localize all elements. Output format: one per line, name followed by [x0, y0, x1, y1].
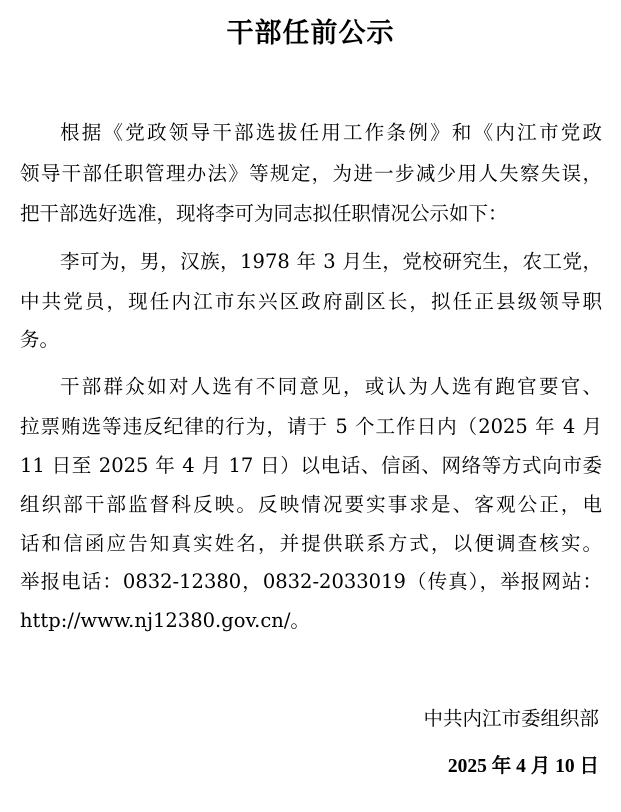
paragraph-line: 中共党员，现任内江市东兴区政府副区长，拟任正县级领导职: [20, 289, 602, 315]
paragraph-line: 李可为，男，汉族，1978 年 3 月生，党校研究生，农工党，: [60, 249, 602, 275]
paragraph-line: 拉票贿选等违反纪律的行为，请于 5 个工作日内（2025 年 4 月: [20, 414, 602, 440]
paragraph-line: 把干部选好选准，现将李可为同志拟任职情况公示如下：: [20, 201, 602, 227]
paragraph-line: 根据《党政领导干部选拔任用工作条例》和《内江市党政: [60, 120, 602, 146]
signature-organization: 中共内江市委组织部: [423, 706, 599, 732]
paragraph-line: 领导干部任职管理办法》等规定，为进一步减少用人失察失误，: [20, 161, 602, 187]
paragraph-line: 话和信函应告知真实姓名，并提供联系方式，以便调查核实。: [20, 531, 602, 557]
paragraph-line: 组织部干部监督科反映。反映情况要实事求是、客观公正，电: [20, 492, 602, 518]
website-link[interactable]: http://www.nj12380.gov.cn/。: [20, 608, 602, 634]
paragraph-line: 务。: [20, 327, 602, 353]
paragraph-line: 11 日至 2025 年 4 月 17 日）以电话、信函、网络等方式向市委: [20, 453, 602, 479]
contact-info-line: 举报电话：0832-12380，0832-2033019（传真），举报网站：: [20, 569, 602, 595]
page-title: 干部任前公示: [0, 14, 621, 54]
paragraph-line: 干部群众如对人选有不同意见，或认为人选有跑官要官、: [60, 374, 602, 400]
signature-date: 2025 年 4 月 10 日: [448, 754, 599, 780]
